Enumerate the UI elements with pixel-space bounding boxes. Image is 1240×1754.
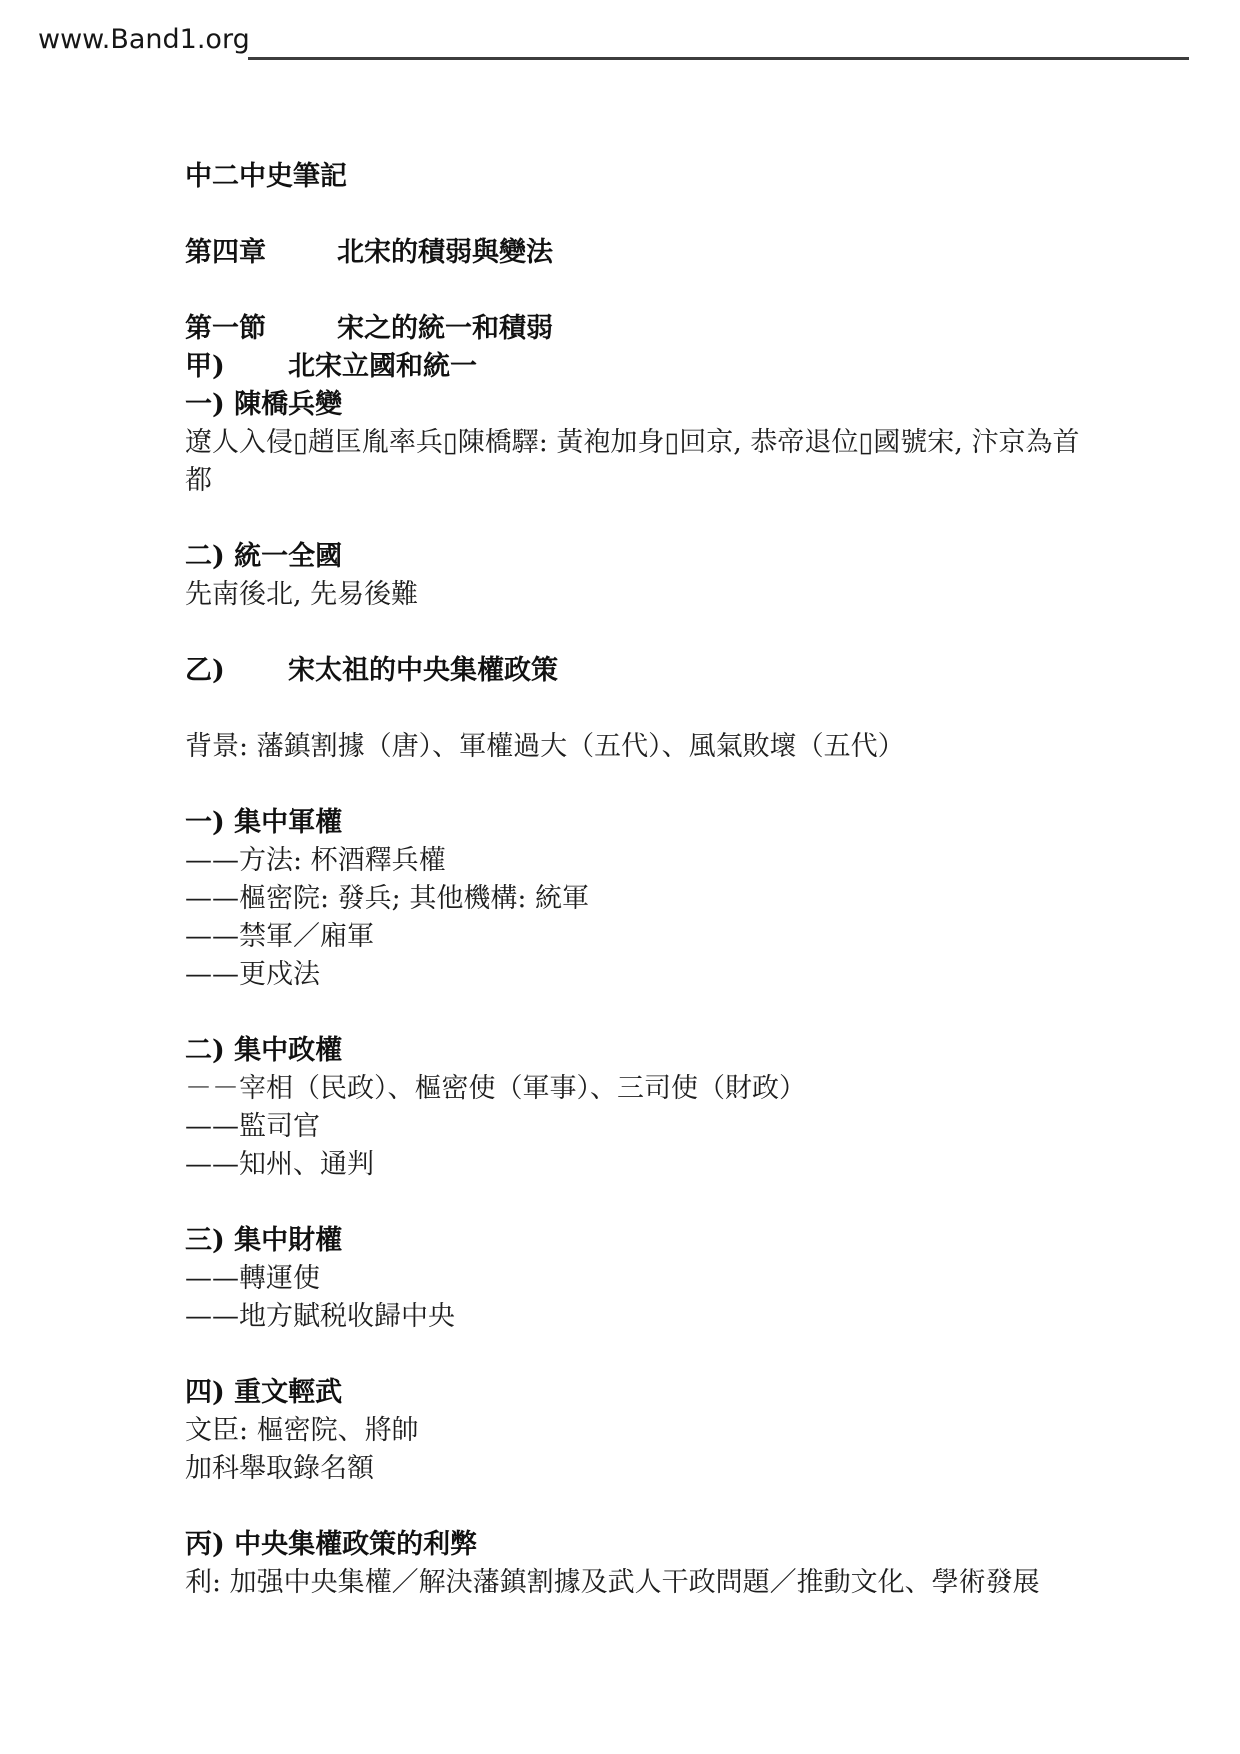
doc-text-line: ——更戍法 [185, 956, 1190, 994]
line-text: ——地方賦税收歸中央 [185, 1301, 455, 1332]
doc-text-line: 加科舉取錄名額 [185, 1450, 1190, 1488]
doc-heading-line: 二) 統一全國 [185, 538, 1190, 576]
line-text: 遼人入侵▯趙匡胤率兵▯陳橋驛: 黃袍加身▯回京, 恭帝退位▯國號宋, 汴京為首 [185, 427, 1079, 458]
line-text: 加科舉取錄名額 [185, 1453, 374, 1484]
line-text: 三) 集中財權 [185, 1225, 342, 1256]
line-text: ——監司官 [185, 1111, 320, 1142]
doc-heading-line: 四) 重文輕武 [185, 1374, 1190, 1412]
line-text: 宋之的統一和積弱 [337, 313, 553, 344]
doc-heading-line: 三) 集中財權 [185, 1222, 1190, 1260]
doc-heading-line: 一) 集中軍權 [185, 804, 1190, 842]
doc-text-line: －－宰相（民政）、樞密使（軍事）、三司使（財政） [185, 1070, 1190, 1108]
heading-label: 第一節 [185, 310, 337, 348]
doc-heading-line: 乙)宋太祖的中央集權政策 [185, 652, 1190, 690]
heading-label: 甲) [185, 348, 288, 386]
line-text: 丙) 中央集權政策的利弊 [185, 1529, 477, 1560]
heading-label: 第四章 [185, 234, 337, 272]
line-text: 北宋立國和統一 [288, 351, 477, 382]
line-text: ——知州、通判 [185, 1149, 374, 1180]
doc-text-line: 先南後北, 先易後難 [185, 576, 1190, 614]
heading-label: 乙) [185, 652, 288, 690]
doc-text-line: ——知州、通判 [185, 1146, 1190, 1184]
line-text: ——樞密院: 發兵; 其他機構: 統軍 [185, 883, 589, 914]
doc-text-line: ——轉運使 [185, 1260, 1190, 1298]
site-url: www.Band1.org [38, 24, 250, 55]
doc-text-line: 文臣: 樞密院、將帥 [185, 1412, 1190, 1450]
doc-text-line: ——方法: 杯酒釋兵權 [185, 842, 1190, 880]
doc-text-line: ——監司官 [185, 1108, 1190, 1146]
header-rule [248, 57, 1189, 60]
doc-heading-line: 丙) 中央集權政策的利弊 [185, 1526, 1190, 1564]
doc-heading-line: 甲)北宋立國和統一 [185, 348, 1190, 386]
doc-text-line: 遼人入侵▯趙匡胤率兵▯陳橋驛: 黃袍加身▯回京, 恭帝退位▯國號宋, 汴京為首 [185, 424, 1190, 462]
line-text: ——更戍法 [185, 959, 320, 990]
line-text: 北宋的積弱與變法 [337, 237, 553, 268]
line-text: 一) 陳橋兵變 [185, 389, 342, 420]
doc-heading-line: 二) 集中政權 [185, 1032, 1190, 1070]
line-text: 背景: 藩鎮割據（唐）、軍權過大（五代）、風氣敗壞（五代） [185, 731, 905, 762]
doc-heading-line: 中二中史筆記 [185, 158, 1190, 196]
doc-heading-line: 第一節宋之的統一和積弱 [185, 310, 1190, 348]
doc-text-line: 利: 加强中央集權／解決藩鎮割據及武人干政問題／推動文化、學術發展 [185, 1564, 1190, 1602]
document-page: www.Band1.org 中二中史筆記第四章北宋的積弱與變法第一節宋之的統一和… [0, 0, 1240, 1754]
doc-heading-line: 一) 陳橋兵變 [185, 386, 1190, 424]
line-text: ——禁軍／廂軍 [185, 921, 374, 952]
line-text: 四) 重文輕武 [185, 1377, 342, 1408]
document-body: 中二中史筆記第四章北宋的積弱與變法第一節宋之的統一和積弱甲)北宋立國和統一一) … [185, 158, 1190, 1602]
doc-text-line: ——地方賦税收歸中央 [185, 1298, 1190, 1336]
doc-text-line: 背景: 藩鎮割據（唐）、軍權過大（五代）、風氣敗壞（五代） [185, 728, 1190, 766]
line-text: 中二中史筆記 [185, 161, 347, 192]
line-text: －－宰相（民政）、樞密使（軍事）、三司使（財政） [185, 1073, 806, 1104]
line-text: 文臣: 樞密院、將帥 [185, 1415, 419, 1446]
doc-text-line: 都 [185, 462, 1190, 500]
line-text: 先南後北, 先易後難 [185, 579, 418, 610]
line-text: 二) 統一全國 [185, 541, 342, 572]
doc-text-line: ——禁軍／廂軍 [185, 918, 1190, 956]
line-text: ——轉運使 [185, 1263, 320, 1294]
line-text: 宋太祖的中央集權政策 [288, 655, 558, 686]
line-text: 一) 集中軍權 [185, 807, 342, 838]
line-text: 都 [185, 465, 212, 496]
line-text: ——方法: 杯酒釋兵權 [185, 845, 446, 876]
doc-text-line: ——樞密院: 發兵; 其他機構: 統軍 [185, 880, 1190, 918]
line-text: 二) 集中政權 [185, 1035, 342, 1066]
line-text: 利: 加强中央集權／解決藩鎮割據及武人干政問題／推動文化、學術發展 [185, 1567, 1040, 1598]
doc-heading-line: 第四章北宋的積弱與變法 [185, 234, 1190, 272]
